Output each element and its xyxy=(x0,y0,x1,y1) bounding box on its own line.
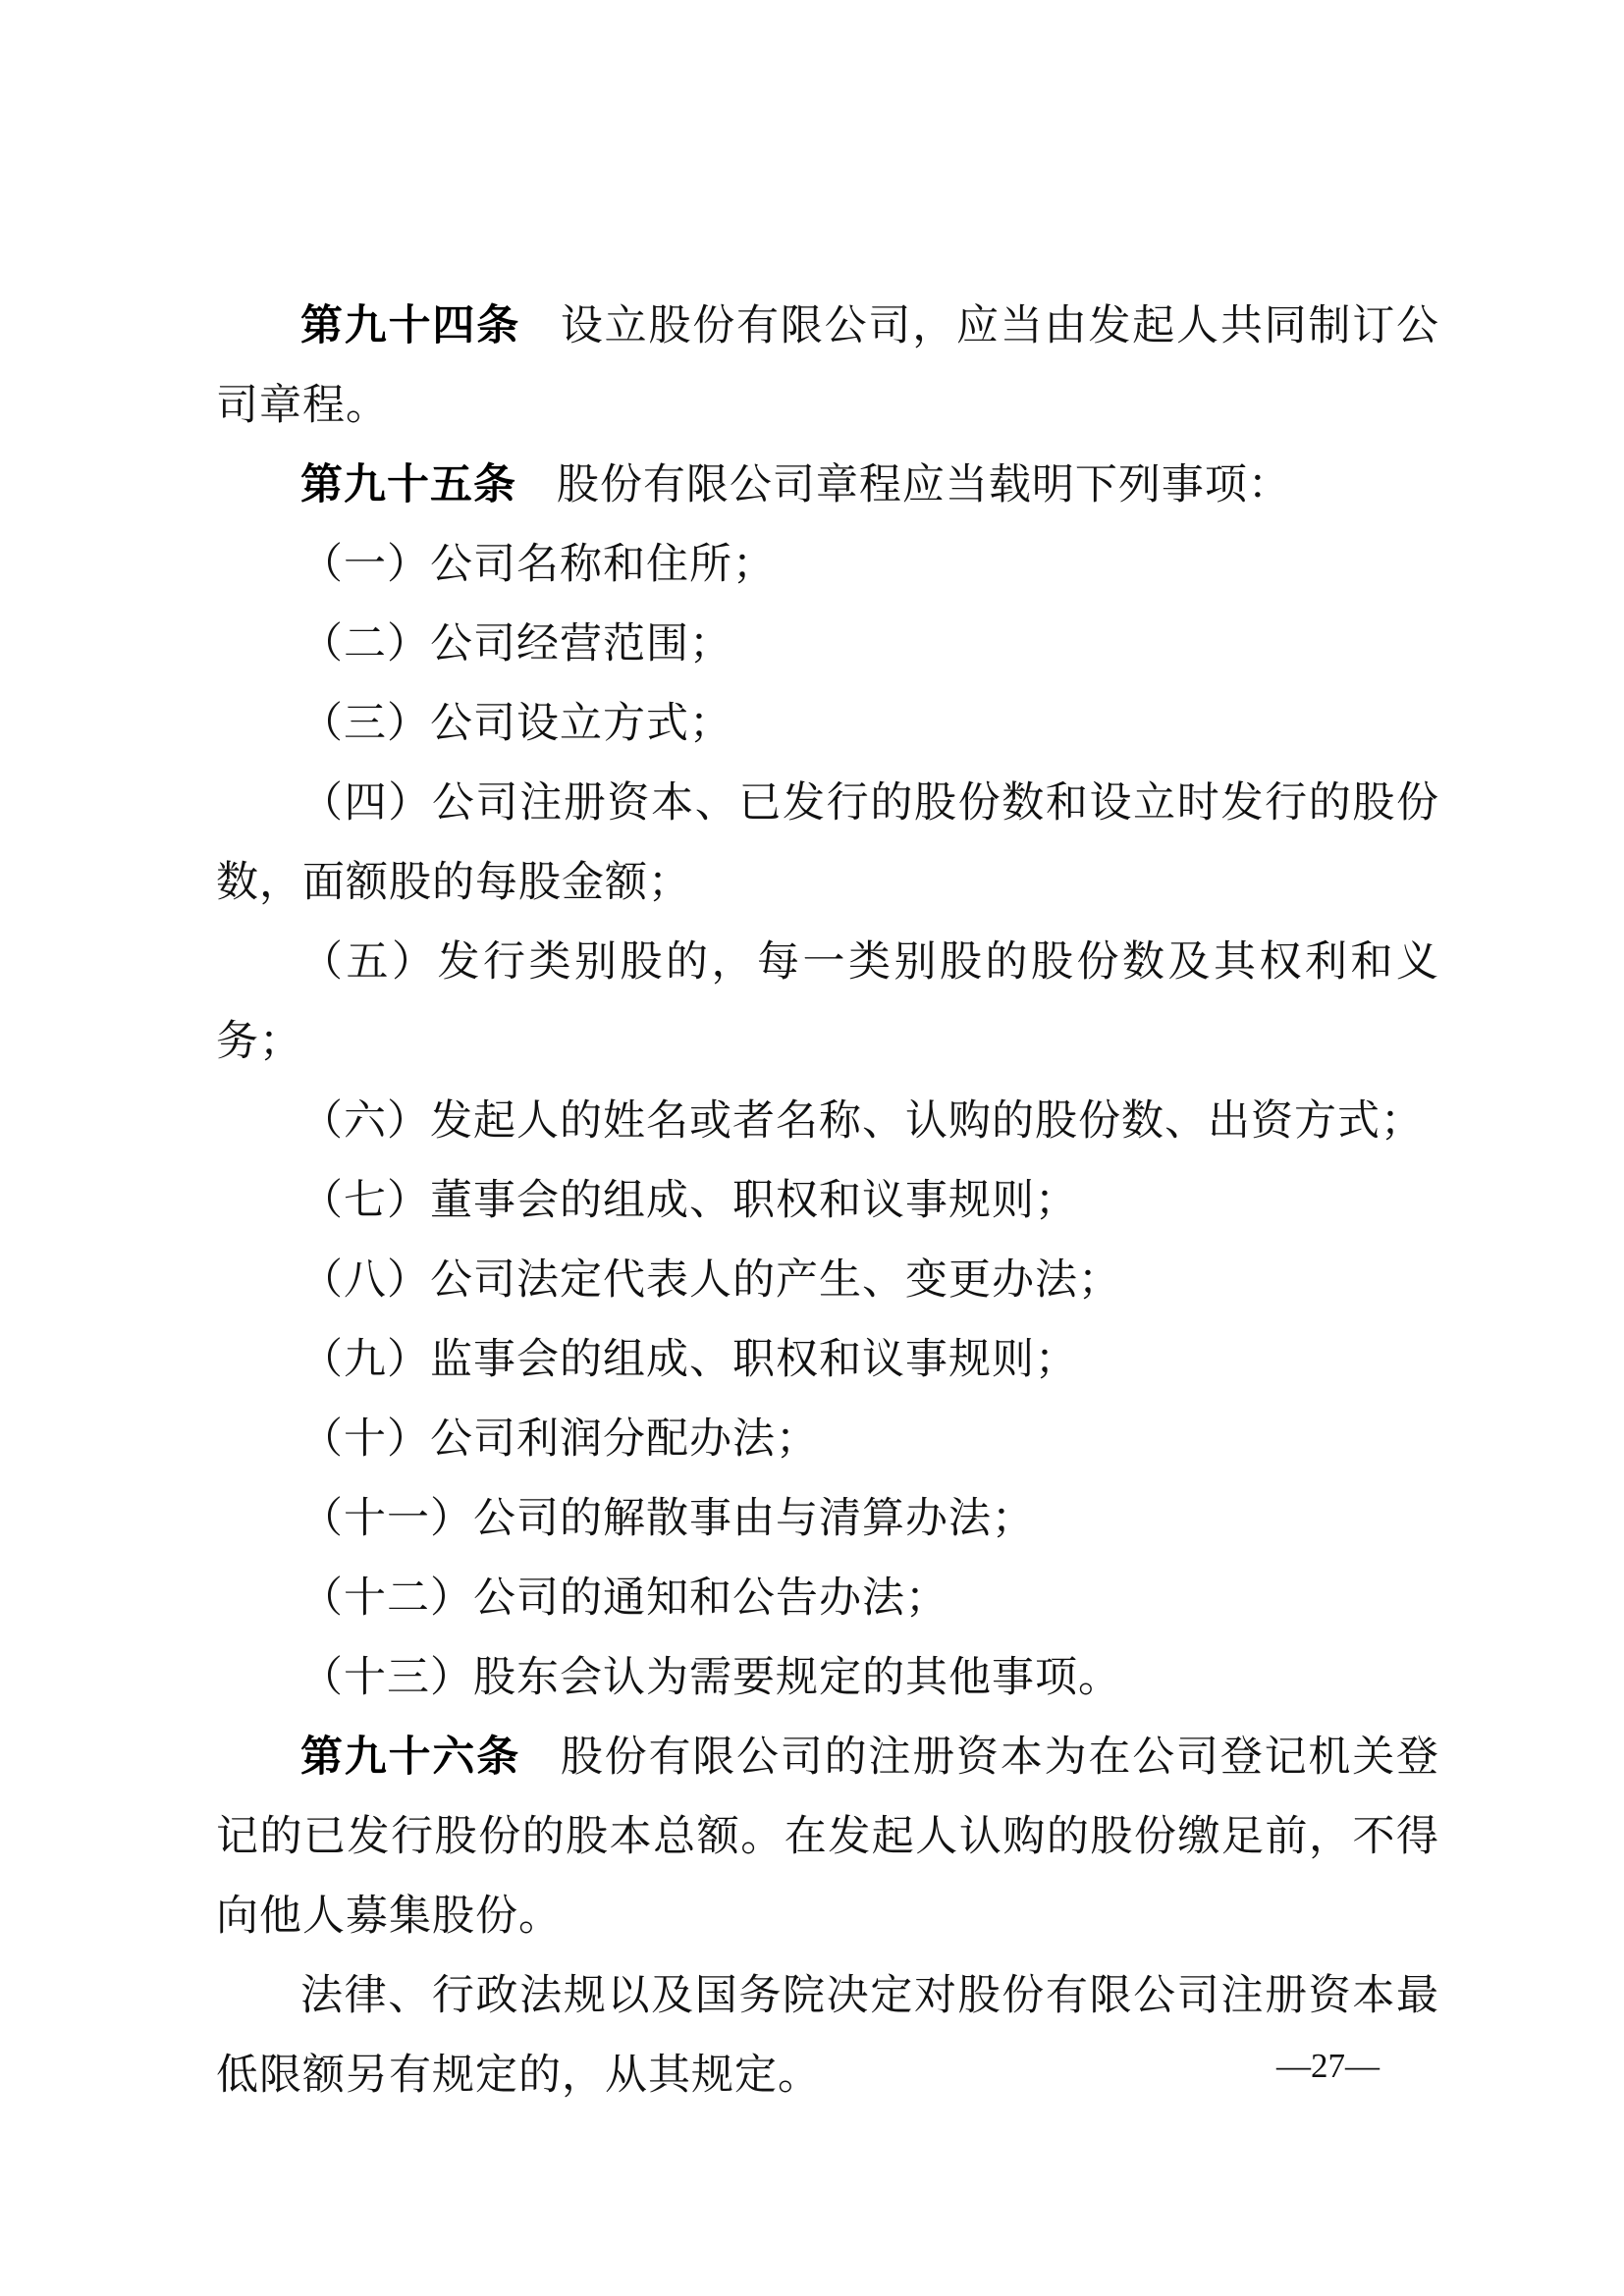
paragraph-text: （二）公司经营范围； xyxy=(300,621,732,667)
article-number: 第九十五条 xyxy=(300,461,516,508)
clause-paragraph: （七）董事会的组成、职权和议事规则； xyxy=(216,1161,1439,1241)
paragraph-text: （九）监事会的组成、职权和议事规则； xyxy=(300,1337,1078,1383)
paragraph-text: （六）发起人的姓名或者名称、认购的股份数、出资方式； xyxy=(300,1098,1424,1145)
clause-paragraph: （十一）公司的解散事由与清算办法； xyxy=(216,1479,1439,1559)
clause-paragraph: （一）公司名称和住所； xyxy=(216,525,1439,605)
paragraph-text: （一）公司名称和住所； xyxy=(300,542,776,588)
document-body: 第九十四条设立股份有限公司，应当由发起人共同制订公司章程。第九十五条股份有限公司… xyxy=(216,287,1439,2115)
paragraph-text: 股份有限公司章程应当载明下列事项： xyxy=(557,462,1291,508)
clause-paragraph: （六）发起人的姓名或者名称、认购的股份数、出资方式； xyxy=(216,1082,1439,1161)
page-number: —27— xyxy=(1276,2047,1380,2085)
clause-paragraph: （十三）股东会认为需要规定的其他事项。 xyxy=(216,1638,1439,1718)
clause-paragraph: （九）监事会的组成、职权和议事规则； xyxy=(216,1320,1439,1400)
paragraph-text: （十一）公司的解散事由与清算办法； xyxy=(300,1496,1035,1542)
article-paragraph: 第九十六条股份有限公司的注册资本为在公司登记机关登记的已发行股份的股本总额。在发… xyxy=(216,1718,1439,1956)
article-number: 第九十四条 xyxy=(300,302,520,349)
clause-paragraph: （十）公司利润分配办法； xyxy=(216,1400,1439,1479)
clause-paragraph: （十二）公司的通知和公告办法； xyxy=(216,1559,1439,1638)
clause-paragraph: （三）公司设立方式； xyxy=(216,684,1439,764)
paragraph-text: （十二）公司的通知和公告办法； xyxy=(300,1575,948,1622)
paragraph-text: （五）发行类别股的，每一类别股的股份数及其权利和义务； xyxy=(216,939,1439,1065)
article-paragraph: 第九十四条设立股份有限公司，应当由发起人共同制订公司章程。 xyxy=(216,287,1439,446)
clause-paragraph: （四）公司注册资本、已发行的股份数和设立时发行的股份数，面额股的每股金额； xyxy=(216,764,1439,923)
document-page: 第九十四条设立股份有限公司，应当由发起人共同制订公司章程。第九十五条股份有限公司… xyxy=(0,0,1624,2296)
clause-paragraph: （五）发行类别股的，每一类别股的股份数及其权利和义务； xyxy=(216,923,1439,1082)
paragraph-text: （十三）股东会认为需要规定的其他事项。 xyxy=(300,1655,1121,1701)
clause-paragraph: 法律、行政法规以及国务院决定对股份有限公司注册资本最低限额另有规定的，从其规定。 xyxy=(216,1956,1439,2115)
paragraph-text: 法律、行政法规以及国务院决定对股份有限公司注册资本最低限额另有规定的，从其规定。 xyxy=(216,1973,1439,2099)
clause-paragraph: （八）公司法定代表人的产生、变更办法； xyxy=(216,1241,1439,1320)
paragraph-text: （八）公司法定代表人的产生、变更办法； xyxy=(300,1257,1121,1304)
paragraph-text: （七）董事会的组成、职权和议事规则； xyxy=(300,1178,1078,1224)
paragraph-text: （三）公司设立方式； xyxy=(300,701,732,747)
clause-paragraph: （二）公司经营范围； xyxy=(216,605,1439,684)
paragraph-text: （十）公司利润分配办法； xyxy=(300,1416,819,1463)
article-paragraph: 第九十五条股份有限公司章程应当载明下列事项： xyxy=(216,446,1439,525)
page-footer: —27— xyxy=(1276,2044,1380,2088)
article-number: 第九十六条 xyxy=(300,1734,520,1781)
paragraph-text: （四）公司注册资本、已发行的股份数和设立时发行的股份数，面额股的每股金额； xyxy=(216,780,1439,906)
